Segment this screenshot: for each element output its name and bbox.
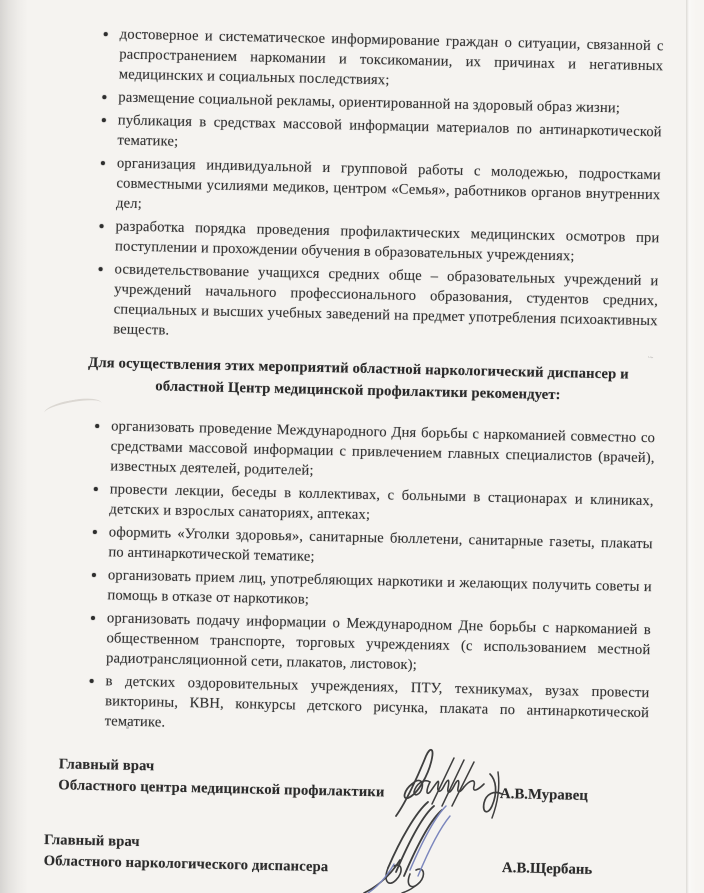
section-heading: Для осуществления этих мероприятий облас…	[58, 352, 659, 408]
list-item-text: разработка порядка проведения профилакти…	[115, 218, 660, 264]
scanned-document-page: достоверное и систематическое информиров…	[0, 0, 704, 893]
list-item-text: организация индивидуальной и групповой р…	[116, 155, 661, 212]
handwritten-signature-shcherban	[358, 798, 483, 893]
list-item: организовать подачу информации о Междуна…	[90, 608, 651, 680]
list-item-text: оформить «Уголки здоровья», санитарные б…	[108, 524, 653, 564]
bullet-icon	[90, 679, 94, 683]
bullet-icon	[91, 616, 95, 620]
bullet-icon	[92, 573, 96, 577]
scan-speck-artifact	[126, 726, 129, 729]
bullet-icon	[93, 530, 97, 534]
list-item: в детских оздоровительных учреждениях, П…	[89, 671, 650, 743]
paper-fold-line	[686, 0, 704, 893]
bullet-icon	[101, 161, 105, 165]
bullet-icon	[99, 267, 103, 271]
list-item: организация индивидуальной и групповой р…	[100, 153, 661, 225]
list-item-text: организовать подачу информации о Междуна…	[106, 610, 651, 673]
list-item: организовать проведение Международного Д…	[94, 416, 655, 488]
list-item-text: организовать прием лиц, употребляющих на…	[107, 567, 652, 607]
list-item-text: в детских оздоровительных учреждениях, П…	[105, 673, 650, 730]
bullet-icon	[104, 32, 108, 36]
list-item-text: достоверное и систематическое информиров…	[119, 26, 664, 88]
list-item-text: публикация в средствах массовой информац…	[117, 112, 662, 149]
bullet-icon	[100, 224, 104, 228]
bullet-icon	[102, 118, 106, 122]
list-item: достоверное и систематическое информиров…	[103, 24, 664, 96]
list-item-text: освидетельствование учащихся средних общ…	[113, 261, 659, 338]
list-item-text: организовать проведение Международного Д…	[110, 418, 655, 478]
bullet-icon	[102, 95, 106, 99]
bullet-icon	[95, 424, 99, 428]
bullet-list-measures: достоверное и систематическое информиров…	[23, 20, 670, 351]
list-item-text: провести лекции, беседы в коллективах, с…	[109, 481, 654, 523]
bullet-icon	[94, 487, 98, 491]
list-item: освидетельствование учащихся средних общ…	[97, 259, 659, 351]
signer-name-shcherban: А.В.Щербань	[502, 860, 593, 879]
signer-name-muravets: А.В.Муравец	[500, 786, 588, 805]
scan-speck-artifact: ᵕᵕ	[648, 355, 663, 362]
document-content: достоверное и систематическое информиров…	[11, 20, 669, 885]
bullet-list-recommendations: организовать проведение Международного Д…	[15, 412, 662, 743]
